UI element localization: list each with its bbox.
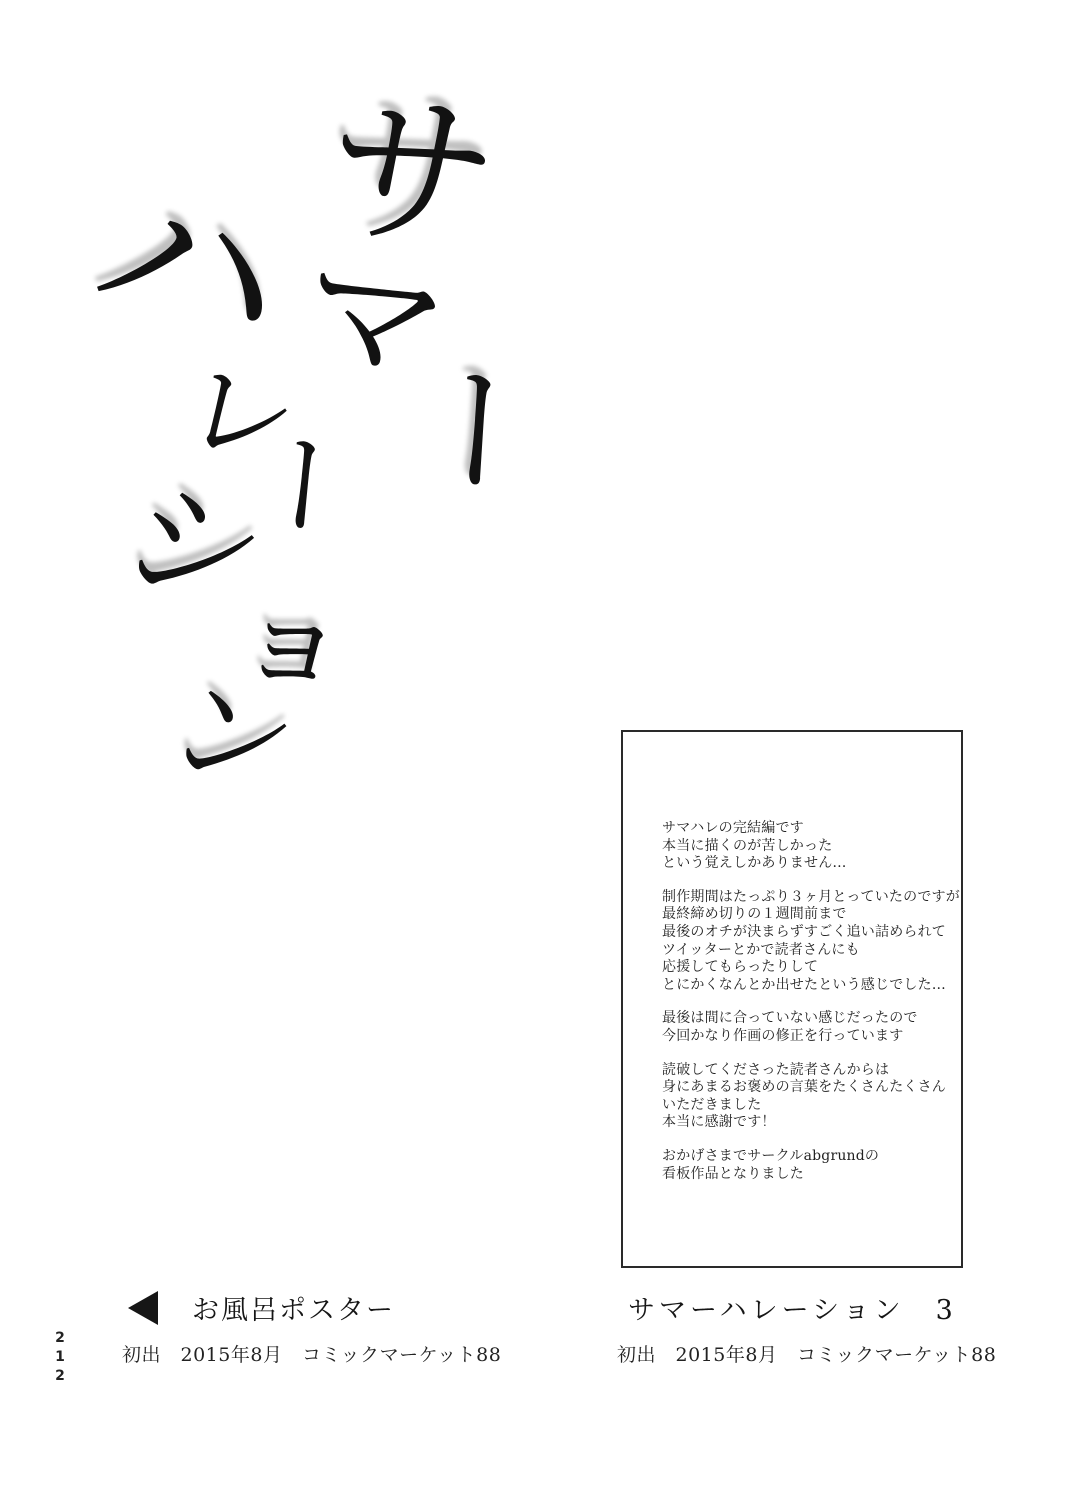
credit-right-title-row: サマーハレーション 3	[623, 1288, 996, 1327]
afterword-paragraph: 読破してくださった読者さんからは 身にあまるお褒めの言葉をたくさんたくさん いた…	[662, 1062, 937, 1132]
afterword-line: おかげさまでサークルabgrundの	[662, 1148, 937, 1166]
afterword-line: サマハレの完結編です	[662, 820, 937, 838]
credit-left-detail: 初出 2015年8月 コミックマーケット88	[122, 1340, 501, 1367]
afterword-box: サマハレの完結編です 本当に描くのが苦しかった という覚えしかありません… 制作…	[621, 730, 963, 1268]
afterword-line: 今回かなり作画の修正を行っています	[662, 1028, 937, 1046]
afterword-paragraph: サマハレの完結編です 本当に描くのが苦しかった という覚えしかありません…	[662, 820, 937, 873]
afterword-line: いただきました	[662, 1097, 937, 1115]
afterword-line: 看板作品となりました	[662, 1166, 937, 1184]
credit-right-block: サマーハレーション 3 初出 2015年8月 コミックマーケット88	[617, 1288, 996, 1367]
afterword-paragraph: 最後は間に合っていない感じだったので 今回かなり作画の修正を行っています	[662, 1010, 937, 1045]
afterword-line: 身にあまるお褒めの言葉をたくさんたくさん	[662, 1079, 937, 1097]
afterword-line: 制作期間はたっぷり３ヶ月とっていたのですが	[662, 889, 937, 907]
afterword-line: 応援してもらったりして	[662, 959, 937, 977]
afterword-line: とにかくなんとか出せたという感じでした…	[662, 977, 937, 995]
afterword-line: 読破してくださった読者さんからは	[662, 1062, 937, 1080]
afterword-paragraph: おかげさまでサークルabgrundの 看板作品となりました	[662, 1148, 937, 1183]
afterword-line: 本当に描くのが苦しかった	[662, 838, 937, 856]
afterword-line: 最後は間に合っていない感じだったので	[662, 1010, 937, 1028]
afterword-line: ツイッターとかで読者さんにも	[662, 942, 937, 960]
credit-right-title: サマーハレーション 3	[628, 1288, 957, 1327]
afterword-line: という覚えしかありません…	[662, 855, 937, 873]
title-glyph-choon-1: ー	[390, 350, 545, 505]
afterword-line: 最終締め切りの１週間前まで	[662, 906, 937, 924]
credit-right-detail: 初出 2015年8月 コミックマーケット88	[617, 1340, 996, 1367]
title-calligraphy: サ マ ー ハ レ ー シ ョ ン	[0, 0, 560, 820]
doujinshi-afterword-page: サ マ ー ハ レ ー シ ョ ン サマハレの完結編です 本当に描くのが苦しかっ…	[0, 0, 1073, 1500]
credit-left-title-row: お風呂ポスター	[128, 1288, 501, 1327]
page-number: 212	[52, 1330, 68, 1387]
afterword-line: 最後のオチが決まらずすごく追い詰められて	[662, 924, 937, 942]
title-glyph-ha: ハ	[68, 156, 311, 383]
credit-left-block: お風呂ポスター 初出 2015年8月 コミックマーケット88	[122, 1288, 501, 1367]
left-triangle-icon	[128, 1291, 158, 1325]
title-glyph-n: ン	[152, 667, 308, 813]
afterword-paragraph: 制作期間はたっぷり３ヶ月とっていたのですが 最終締め切りの１週間前まで 最後のオ…	[662, 889, 937, 995]
afterword-line: 本当に感謝です！	[662, 1114, 937, 1132]
credit-left-title: お風呂ポスター	[192, 1288, 395, 1327]
